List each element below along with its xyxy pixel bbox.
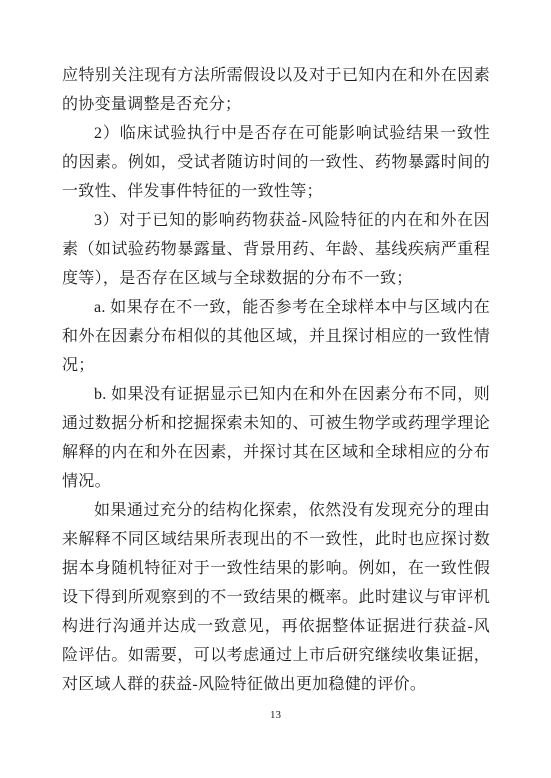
- document-page: 应特别关注现有方法所需假设以及对于已知内在和外在因素的协变量调整是否充分； 2）…: [0, 0, 551, 778]
- paragraph-item-b: b. 如果没有证据显示已知内在和外在因素分布不同，则通过数据分析和挖掘探索未知的…: [62, 380, 490, 496]
- paragraph-item-2: 2）临床试验执行中是否存在可能影响试验结果一致性的因素。例如，受试者随访时间的一…: [62, 119, 490, 206]
- paragraph-item-a: a. 如果存在不一致，能否参考在全球样本中与区域内在和外在因素分布相似的其他区域…: [62, 293, 490, 380]
- paragraph-closing: 如果通过充分的结构化探索，依然没有发现充分的理由来解释不同区域结果所表现出的不一…: [62, 496, 490, 699]
- document-body: 应特别关注现有方法所需假设以及对于已知内在和外在因素的协变量调整是否充分； 2）…: [62, 61, 490, 699]
- paragraph-continuation: 应特别关注现有方法所需假设以及对于已知内在和外在因素的协变量调整是否充分；: [62, 61, 490, 119]
- page-number: 13: [0, 709, 551, 722]
- paragraph-item-3: 3）对于已知的影响药物获益-风险特征的内在和外在因素（如试验药物暴露量、背景用药…: [62, 206, 490, 293]
